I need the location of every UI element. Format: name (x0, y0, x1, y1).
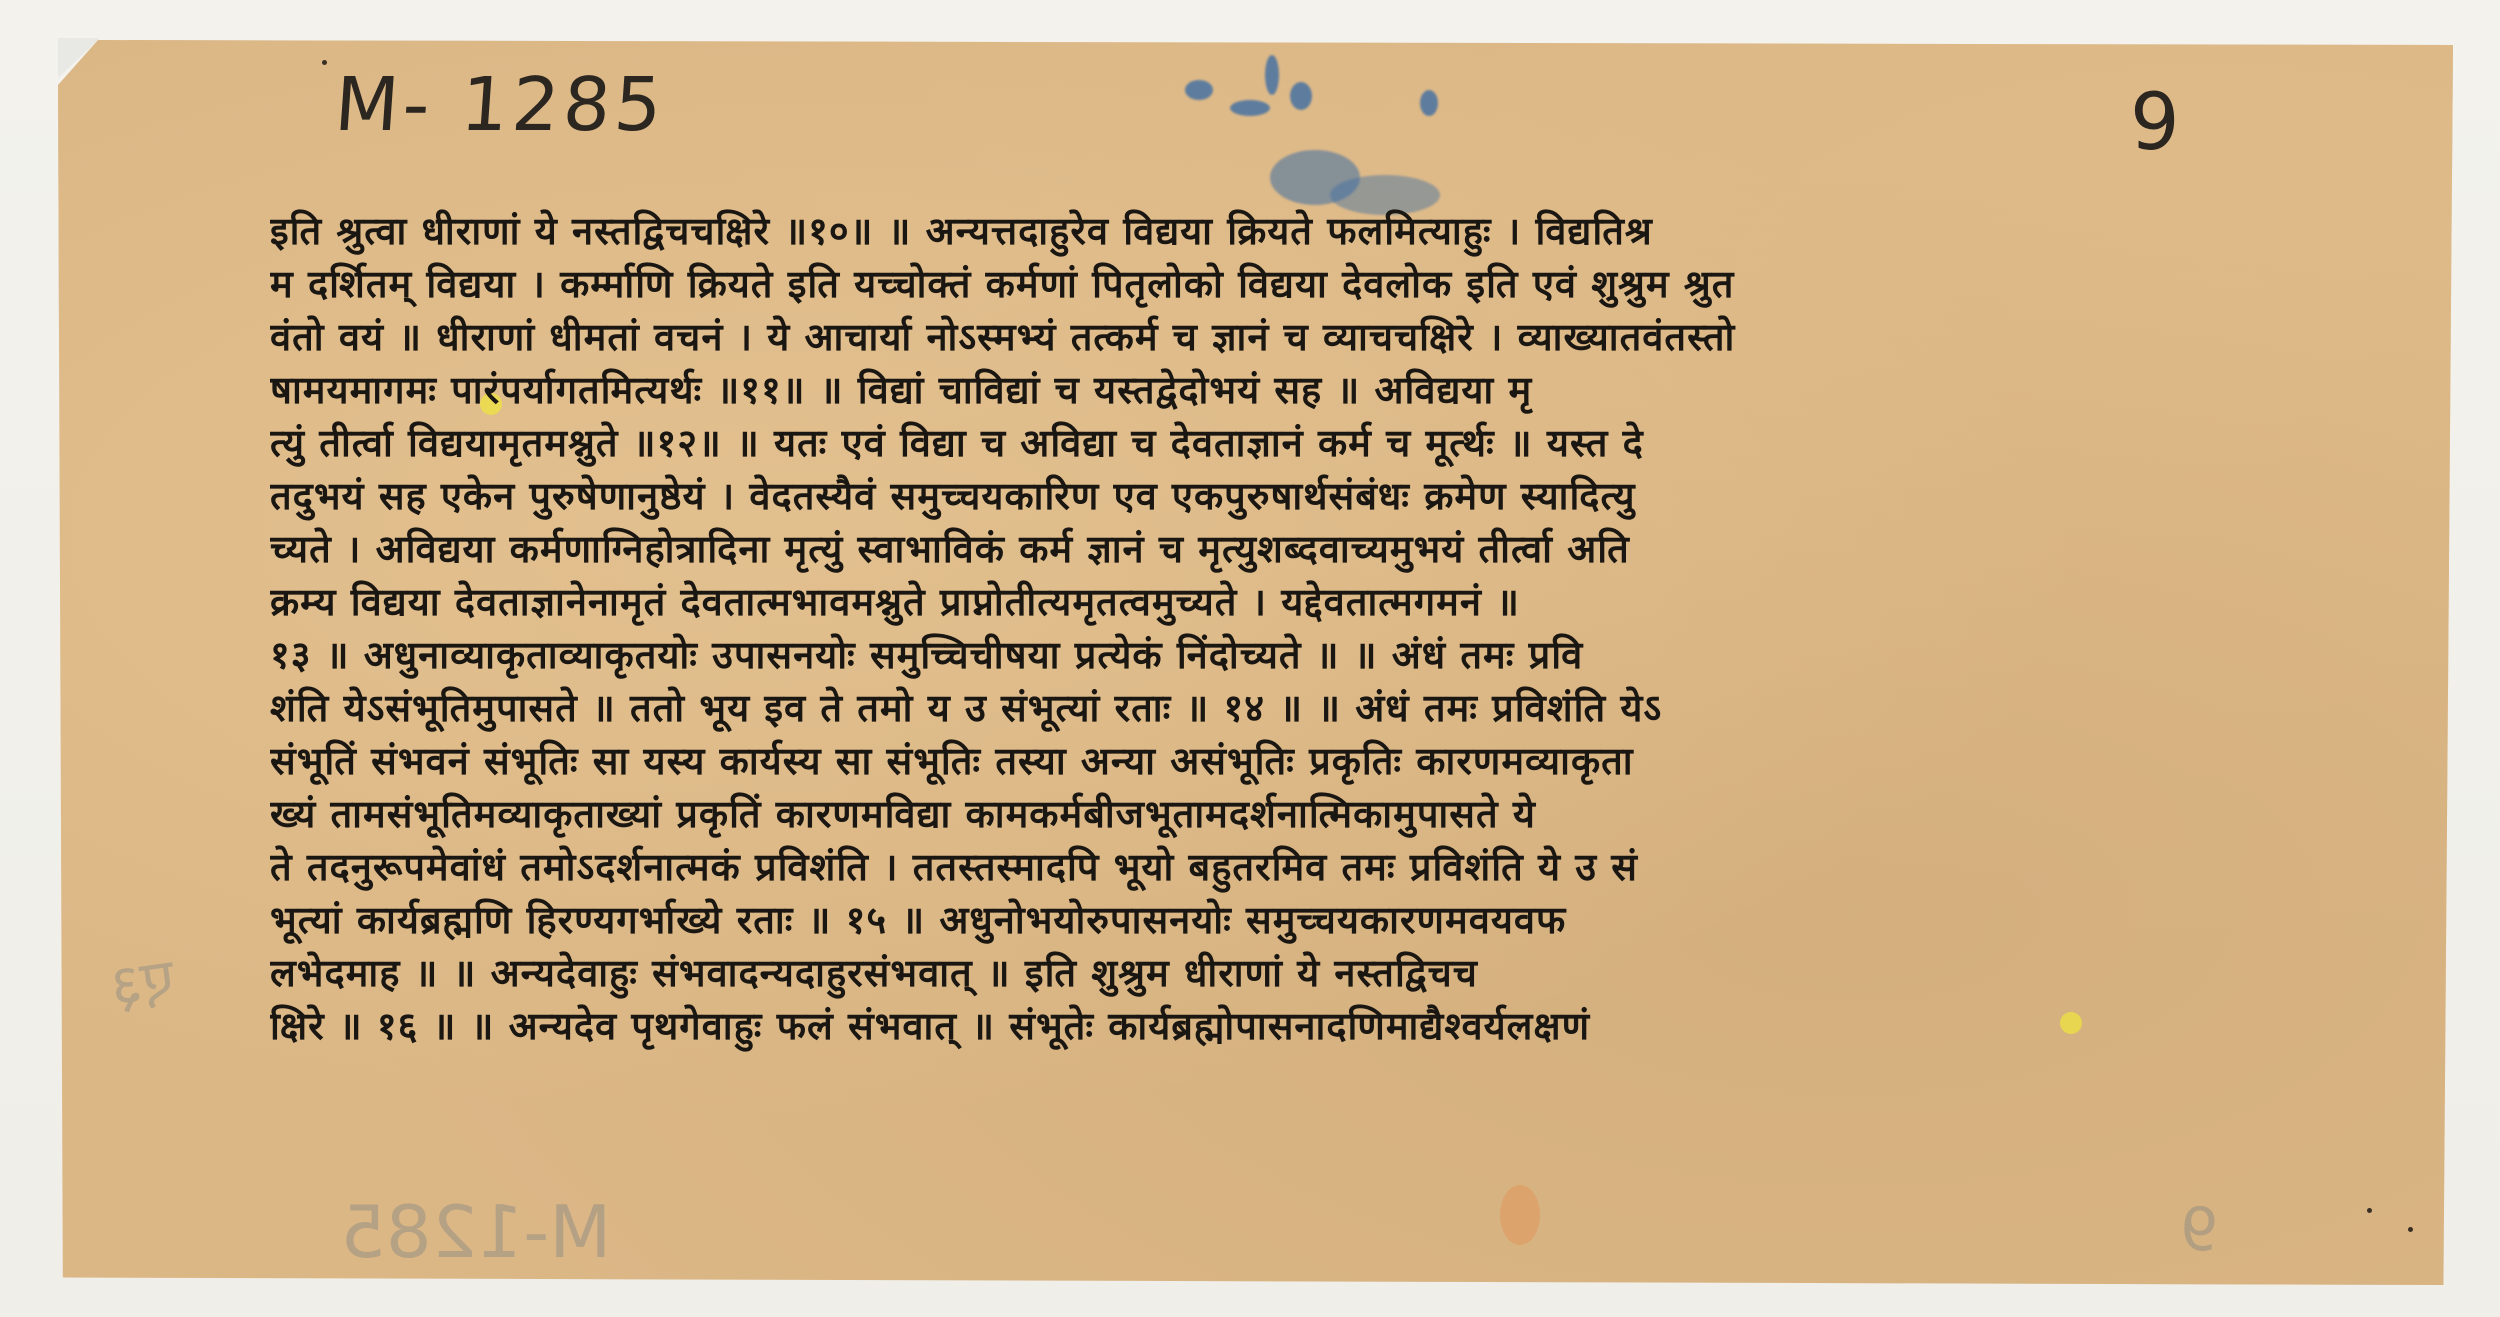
text-line: षामयमागमः पारंपर्यागतमित्यर्थः ॥११॥ ॥ वि… (270, 364, 2230, 417)
show-through-mark-left: ए३ (105, 936, 180, 1026)
text-line: १३ ॥ अधुनाव्याकृताव्याकृतयोः उपासनयोः सम… (270, 629, 2230, 682)
accession-label: M- 1285 (332, 62, 668, 148)
text-line: च्यते । अविद्यया कर्मणाग्निहोत्रादिना मृ… (270, 523, 2230, 576)
stain-spot (1500, 1185, 1540, 1245)
text-line: क्षिरे ॥ १६ ॥ ॥ अन्यदेव पृथगेवाहुः फलं स… (270, 1000, 2230, 1053)
text-line: भूत्यां कार्यब्रह्मणि हिरण्यगर्भाख्ये रत… (270, 894, 2230, 947)
folio-number: 9 (2130, 78, 2180, 168)
show-through-folio-mark: 9 (2180, 1195, 2218, 1265)
text-line: इति श्रुत्वा धीराणां ये नस्तद्विचचक्षिरे… (270, 205, 2230, 258)
text-line: ते तदनुरूपमेवांधं तमोऽदर्शनात्मकं प्रविश… (270, 841, 2230, 894)
speck (322, 60, 327, 65)
text-line: म दर्शितम् विद्यया । कर्म्माणि क्रियते इ… (270, 258, 2230, 311)
speck (2367, 1208, 2372, 1213)
text-line: वंतो वयं ॥ धीराणां धीमतां वचनं । ये आचार… (270, 311, 2230, 364)
manuscript-text: इति श्रुत्वा धीराणां ये नस्तद्विचचक्षिरे… (270, 205, 2230, 1053)
text-line: लभेदमाह ॥ ॥ अन्यदेवाहुः संभवादन्यदाहुरसं… (270, 947, 2230, 1000)
show-through-accession-mark: M-1285 (340, 1190, 611, 1274)
speck (2408, 1227, 2413, 1232)
text-line: ख्यं तामसंभूतिमव्याकृताख्यां प्रकृतिं का… (270, 788, 2230, 841)
text-line: त्युं तीर्त्वा विद्ययामृतमश्नुते ॥१२॥ ॥ … (270, 417, 2230, 470)
text-line: संभूतिं संभवनं संभूतिः सा यस्य कार्यस्य … (270, 735, 2230, 788)
blue-ink-stain (1170, 70, 1470, 220)
text-line: क्रम्य विद्यया देवताज्ञानेनामृतं देवतात्… (270, 576, 2230, 629)
text-line: शंति येऽसंभूतिमुपासते ॥ ततो भूय इव ते तम… (270, 682, 2230, 735)
text-line: तदुभयं सह एकेन पुरुषेणानुष्ठेयं । वेदतस्… (270, 470, 2230, 523)
